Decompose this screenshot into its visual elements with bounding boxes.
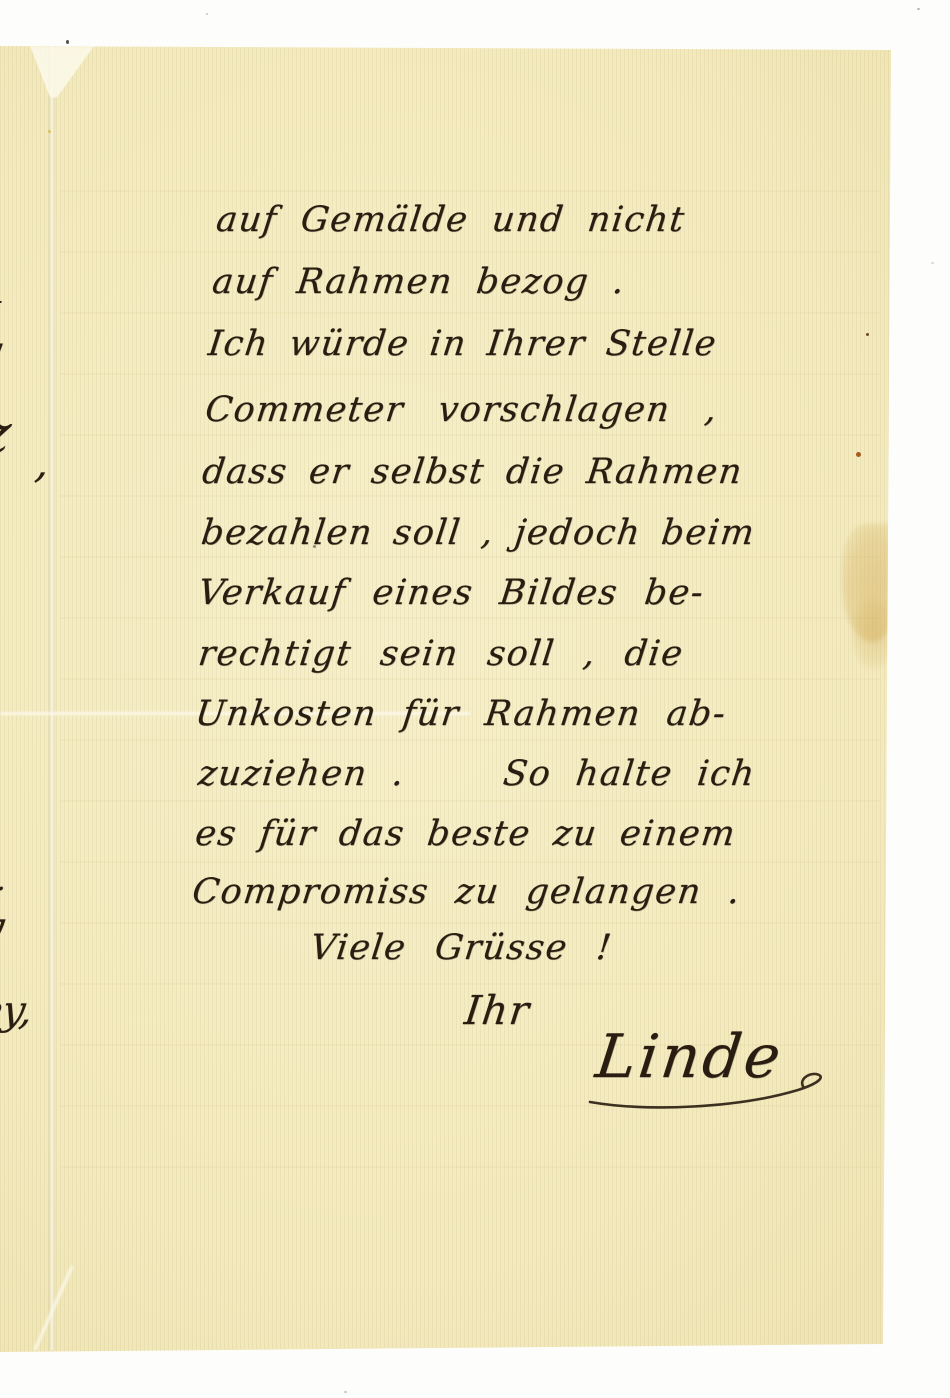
dust-speck — [66, 40, 69, 44]
dust-speck — [931, 262, 934, 264]
letter-line: Verkauf eines Bildes be- — [196, 573, 707, 613]
signature-flourish — [588, 1068, 838, 1118]
letter-line: rechtigt sein soll , die — [196, 634, 686, 674]
closing-line: Viele Grüsse ! — [308, 928, 615, 968]
letter-line: es für das beste zu einem — [193, 814, 738, 854]
letter-line: Unkosten für Rahmen ab- — [193, 694, 729, 734]
dust-speck — [206, 13, 208, 15]
letter-line: dass er selbst die Rahmen — [200, 452, 745, 492]
ink-fragment: y — [0, 900, 8, 954]
ink-fragment: – — [0, 283, 5, 318]
signature-prefix: Ihr — [462, 988, 533, 1034]
ink-fragment: ley, — [0, 988, 36, 1034]
letter-line: Ich würde in Ihrer Stelle — [206, 324, 719, 364]
ink-fleck — [866, 333, 869, 336]
letter-line: Commeter vorschlagen , — [203, 390, 720, 430]
fold-crease-notch — [16, 46, 94, 98]
paper-fleck — [48, 130, 51, 133]
paper-stain — [852, 600, 896, 668]
ink-fragment: z — [0, 402, 15, 465]
dust-speck — [344, 1391, 347, 1393]
scanned-letter-page: – y z , – · y ley, auf Gemälde und nicht… — [0, 0, 950, 1398]
rust-fleck — [856, 452, 861, 457]
letter-line: zuziehen . So halte ich — [196, 754, 758, 794]
letter-line: bezahlen soll , jedoch beim — [199, 513, 758, 553]
ink-fragment: y — [0, 328, 5, 372]
letter-line: Compromiss zu gelangen . — [190, 872, 743, 912]
letter-paper: – y z , – · y ley, auf Gemälde und nicht… — [0, 0, 950, 1398]
fold-crease — [49, 46, 55, 1350]
letter-line: auf Rahmen bezog . — [210, 262, 628, 302]
letter-line: auf Gemälde und nicht — [214, 200, 688, 240]
dust-speck — [917, 8, 920, 10]
